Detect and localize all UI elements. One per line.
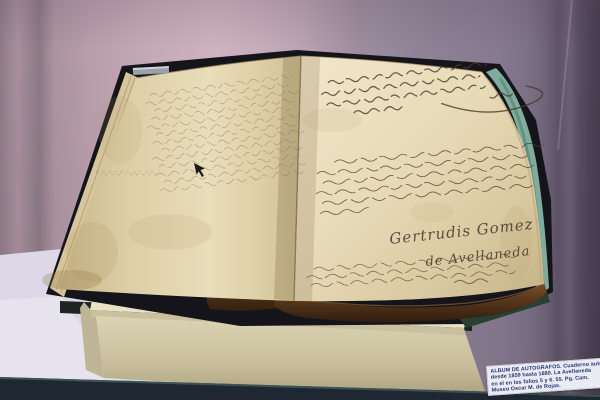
open-book: Gertrudis Gomez de Avellaneda bbox=[42, 50, 600, 328]
curtain-fold-highlight bbox=[558, 0, 572, 150]
display-scene: Gertrudis Gomez de Avellaneda bbox=[0, 0, 600, 400]
museum-photograph: Gertrudis Gomez de Avellaneda bbox=[0, 0, 600, 400]
